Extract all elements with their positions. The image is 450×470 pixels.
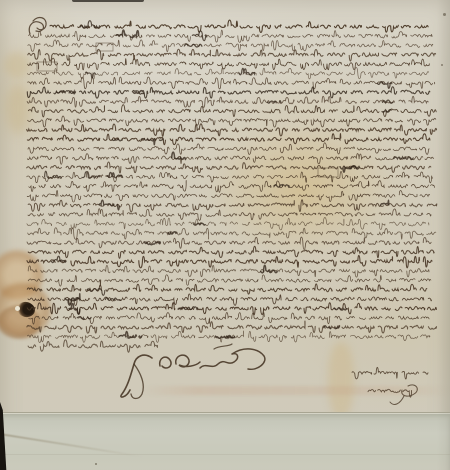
handwritten-line <box>28 340 157 352</box>
bold-word <box>381 200 389 205</box>
handwritten-line <box>27 237 431 249</box>
bold-word <box>77 317 91 320</box>
handwritten-line <box>28 49 436 61</box>
bold-word <box>85 72 95 78</box>
bold-word <box>239 68 255 75</box>
signature-rubric <box>121 355 152 397</box>
signature-rubric <box>200 349 265 369</box>
ink-layer <box>0 0 450 470</box>
handwritten-line <box>28 116 436 127</box>
handwritten-line <box>27 134 430 145</box>
secretary-signature <box>390 385 417 405</box>
handwritten-line <box>28 294 432 306</box>
signature-rubric <box>214 344 232 349</box>
handwritten-line <box>28 58 430 70</box>
bold-word <box>141 138 163 145</box>
bold-word <box>261 265 278 272</box>
handwritten-line <box>28 143 429 155</box>
handwritten-line <box>28 40 433 52</box>
bold-word <box>82 172 100 179</box>
handwritten-line <box>27 190 430 202</box>
handwritten-line <box>29 30 433 42</box>
signature-rubric <box>160 355 200 368</box>
handwritten-line <box>28 228 436 240</box>
handwritten-line <box>28 209 431 221</box>
secretary-signature <box>352 367 428 379</box>
handwritten-line <box>27 303 436 315</box>
bold-word <box>116 30 138 37</box>
bold-word <box>45 171 62 178</box>
bold-word <box>105 298 120 301</box>
bold-word <box>335 308 347 310</box>
handwritten-line <box>27 255 432 267</box>
bold-word <box>119 332 142 338</box>
bold-word <box>87 289 105 296</box>
handwritten-line <box>27 87 430 98</box>
bold-word <box>172 152 186 159</box>
handwritten-line <box>27 321 437 333</box>
handwritten-line <box>27 154 433 165</box>
word-box <box>37 62 57 71</box>
handwritten-line <box>28 77 435 89</box>
bold-word <box>274 184 289 187</box>
handwritten-line <box>28 275 431 286</box>
opening-paraph <box>29 18 46 34</box>
handwritten-line <box>28 265 429 277</box>
handwritten-line <box>27 217 429 229</box>
handwritten-line <box>29 180 435 192</box>
handwritten-line <box>50 20 428 32</box>
handwritten-line <box>28 105 436 117</box>
manuscript-photo: Late-medieval royal letter handwritten i… <box>0 0 450 470</box>
handwritten-line <box>27 96 428 107</box>
word-box <box>318 168 338 177</box>
bold-word <box>112 139 122 141</box>
